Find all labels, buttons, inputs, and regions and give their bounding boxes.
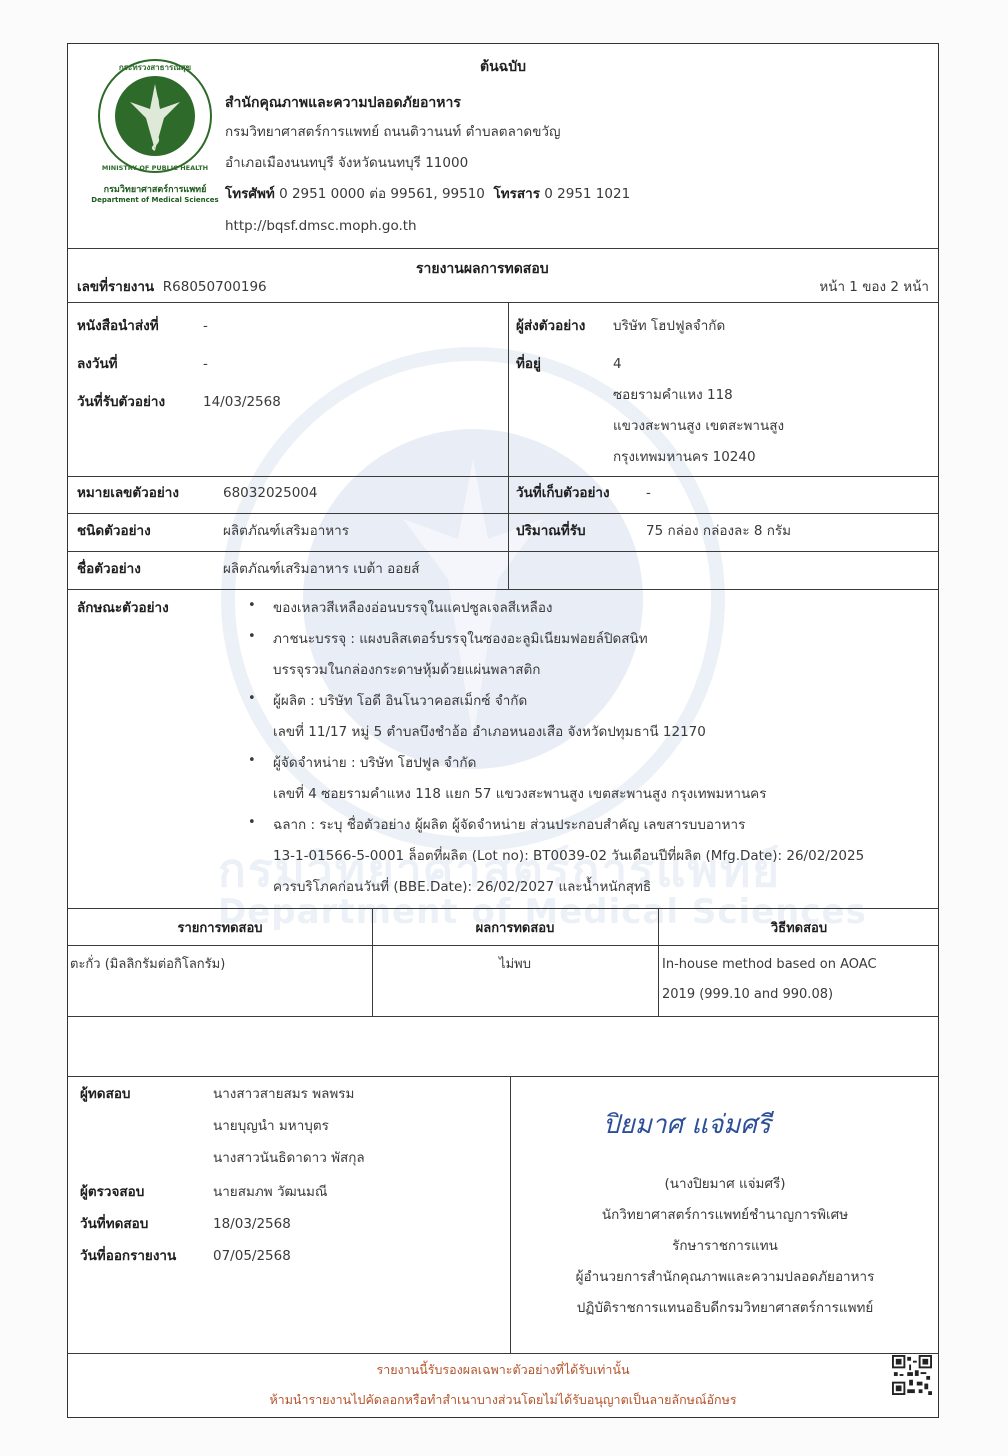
characteristic-line: เลขที่ 11/17 หมู่ 5 ตำบลบึงชำอ้อ อำเภอหน… [273,722,706,742]
field-value: - [203,354,208,374]
collect-date-label: วันที่เก็บตัวอย่าง [516,483,610,503]
divider [68,1016,938,1017]
characteristic-line: ผู้ผลิต : บริษัท โอดี อินโนวาคอสเม็กซ์ จ… [273,691,527,711]
divider [68,945,938,946]
collect-date-value: - [646,483,651,503]
logo-dept-en: Department of Medical Sciences [82,196,228,204]
fax-value: 0 2951 1021 [544,186,630,202]
svg-text:MINISTRY OF PUBLIC HEALTH: MINISTRY OF PUBLIC HEALTH [102,164,208,172]
test-date-value: 18/03/2568 [213,1214,291,1234]
characteristic-line: ฉลาก : ระบุ ชื่อตัวอย่าง ผู้ผลิต ผู้จัดจ… [273,815,745,835]
report-number: เลขที่รายงาน R68050700196 [77,277,267,297]
ministry-logo: กระทรวงสาธารณสุข MINISTRY OF PUBLIC HEAL… [82,54,212,204]
divider [68,551,938,552]
footer-notice-1: รายงานนี้รับรองผลเฉพาะตัวอย่างที่ได้รับเ… [68,1360,938,1380]
quantity-label: ปริมาณที่รับ [516,521,586,541]
report-document: กรมวิทยาศาสตร์การแพทย์ Department of Med… [67,43,939,1418]
table-cell-result: ไม่พบ [372,955,658,975]
bullet-icon: • [248,629,256,644]
address-line-1: กรมวิทยาศาสตร์การแพทย์ ถนนติวานนท์ ตำบลต… [225,122,561,142]
table-header-result: ผลการทดสอบ [372,917,658,938]
signatory-position: ปฏิบัติราชการแทนอธิบดีกรมวิทยาศาสตร์การแ… [510,1298,940,1318]
phone-value: 0 2951 0000 ต่อ 99561, 99510 [279,186,485,202]
ministry-seal-icon: กระทรวงสาธารณสุข MINISTRY OF PUBLIC HEAL… [82,54,228,182]
sender-value: บริษัท โฮปฟูลจำกัด [613,316,725,336]
sample-no-label: หมายเลขตัวอย่าง [77,483,179,503]
signatory-name: (นางปิยมาศ แจ่มศรี) [510,1174,940,1194]
bullet-icon: • [248,598,256,613]
address-line: กรุงเทพมหานคร 10240 [613,447,756,467]
page-info: หน้า 1 ของ 2 หน้า [819,277,929,297]
address-line: ซอยรามคำแหง 118 [613,385,733,405]
field-value: 14/03/2568 [203,392,281,412]
svg-text:กระทรวงสาธารณสุข: กระทรวงสาธารณสุข [119,63,191,73]
divider [68,513,938,514]
sample-name-value: ผลิตภัณฑ์เสริมอาหาร เบต้า ออยส์ [223,559,419,579]
field-label: วันที่รับตัวอย่าง [77,392,165,412]
bullet-icon: • [248,815,256,830]
sample-type-label: ชนิดตัวอย่าง [77,521,151,541]
divider [68,248,938,249]
divider [68,1353,938,1354]
report-number-label: เลขที่รายงาน [77,279,154,295]
divider [68,476,938,477]
table-cell-method: In-house method based on AOAC [662,955,877,975]
characteristic-line: ของเหลวสีเหลืองอ่อนบรรจุในแคปซูลเจลสีเหล… [273,598,553,618]
sample-no-value: 68032025004 [223,483,317,503]
report-title: รายงานผลการทดสอบ [416,258,549,280]
signatory-position: นักวิทยาศาสตร์การแพทย์ชำนาญการพิเศษ [510,1205,940,1225]
address-line: 4 [613,354,622,374]
bullet-icon: • [248,691,256,706]
footer-notice-2: ห้ามนำรายงานไปคัดลอกหรือทำสำเนาบางส่วนโด… [68,1390,938,1410]
characteristic-line: ควรบริโภคก่อนวันที่ (BBE.Date): 26/02/20… [273,877,651,897]
copy-label: ต้นฉบับ [480,56,526,78]
table-cell-method: 2019 (999.10 and 990.08) [662,985,833,1005]
sample-type-value: ผลิตภัณฑ์เสริมอาหาร [223,521,349,541]
phone-label: โทรศัพท์ [225,186,275,202]
org-name: สำนักคุณภาพและความปลอดภัยอาหาร [225,92,461,114]
testers-label: ผู้ทดสอบ [80,1084,131,1104]
characteristic-line: เลขที่ 4 ซอยรามคำแหง 118 แยก 57 แขวงสะพา… [273,784,766,804]
address-label: ที่อยู่ [516,354,541,374]
report-number-value: R68050700196 [163,279,267,295]
tester-name: นางสาวสายสมร พลพรม [213,1084,354,1104]
reviewer-label: ผู้ตรวจสอบ [80,1182,144,1202]
fax-label: โทรสาร [494,186,540,202]
signature: ปิยมาศ แจ่มศรี [603,1104,771,1145]
tester-name: นางสาวนันธิดาดาว พัสกุล [213,1148,365,1168]
address-line-2: อำเภอเมืองนนทบุรี จังหวัดนนทบุรี 11000 [225,153,468,173]
tester-name: นายบุญนำ มหาบุตร [213,1116,329,1136]
table-cell-item: ตะกั่ว (มิลลิกรัมต่อกิโลกรัม) [70,955,225,975]
table-header-item: รายการทดสอบ [68,917,372,938]
column-divider [508,302,509,589]
signatory-position: ผู้อำนวยการสำนักคุณภาพและความปลอดภัยอาหา… [510,1267,940,1287]
characteristic-line: ผู้จัดจำหน่าย : บริษัท โฮปฟูล จำกัด [273,753,476,773]
characteristic-line: บรรจุรวมในกล่องกระดาษหุ้มด้วยแผ่นพลาสติก [273,660,540,680]
test-date-label: วันที่ทดสอบ [80,1214,148,1234]
field-label: หนังสือนำส่งที่ [77,316,159,336]
signatory-position: รักษาราชการแทน [510,1236,940,1256]
divider [68,302,938,303]
characteristic-line: 13-1-01566-5-0001 ล็อตที่ผลิต (Lot no): … [273,846,864,866]
website-link[interactable]: http://bqsf.dmsc.moph.go.th [225,216,417,236]
characteristics-label: ลักษณะตัวอย่าง [77,598,169,618]
characteristic-line: ภาชนะบรรจุ : แผงบลิสเตอร์บรรจุในซองอะลูม… [273,629,648,649]
issue-date-value: 07/05/2568 [213,1246,291,1266]
table-header-method: วิธีทดสอบ [658,917,940,938]
logo-dept-th: กรมวิทยาศาสตร์การแพทย์ [82,182,228,196]
issue-date-label: วันที่ออกรายงาน [80,1246,176,1266]
divider [68,908,938,909]
bullet-icon: • [248,753,256,768]
reviewer-name: นายสมภพ วัฒนมณี [213,1182,327,1202]
field-label: ลงวันที่ [77,354,118,374]
address-line: แขวงสะพานสูง เขตสะพานสูง [613,416,784,436]
sample-name-label: ชื่อตัวอย่าง [77,559,141,579]
field-value: - [203,316,208,336]
divider [68,589,938,590]
contact-line: โทรศัพท์ 0 2951 0000 ต่อ 99561, 99510 โท… [225,184,630,204]
quantity-value: 75 กล่อง กล่องละ 8 กรัม [646,521,791,541]
sender-label: ผู้ส่งตัวอย่าง [516,316,585,336]
divider [68,1076,938,1077]
qr-code-icon[interactable] [892,1355,932,1395]
